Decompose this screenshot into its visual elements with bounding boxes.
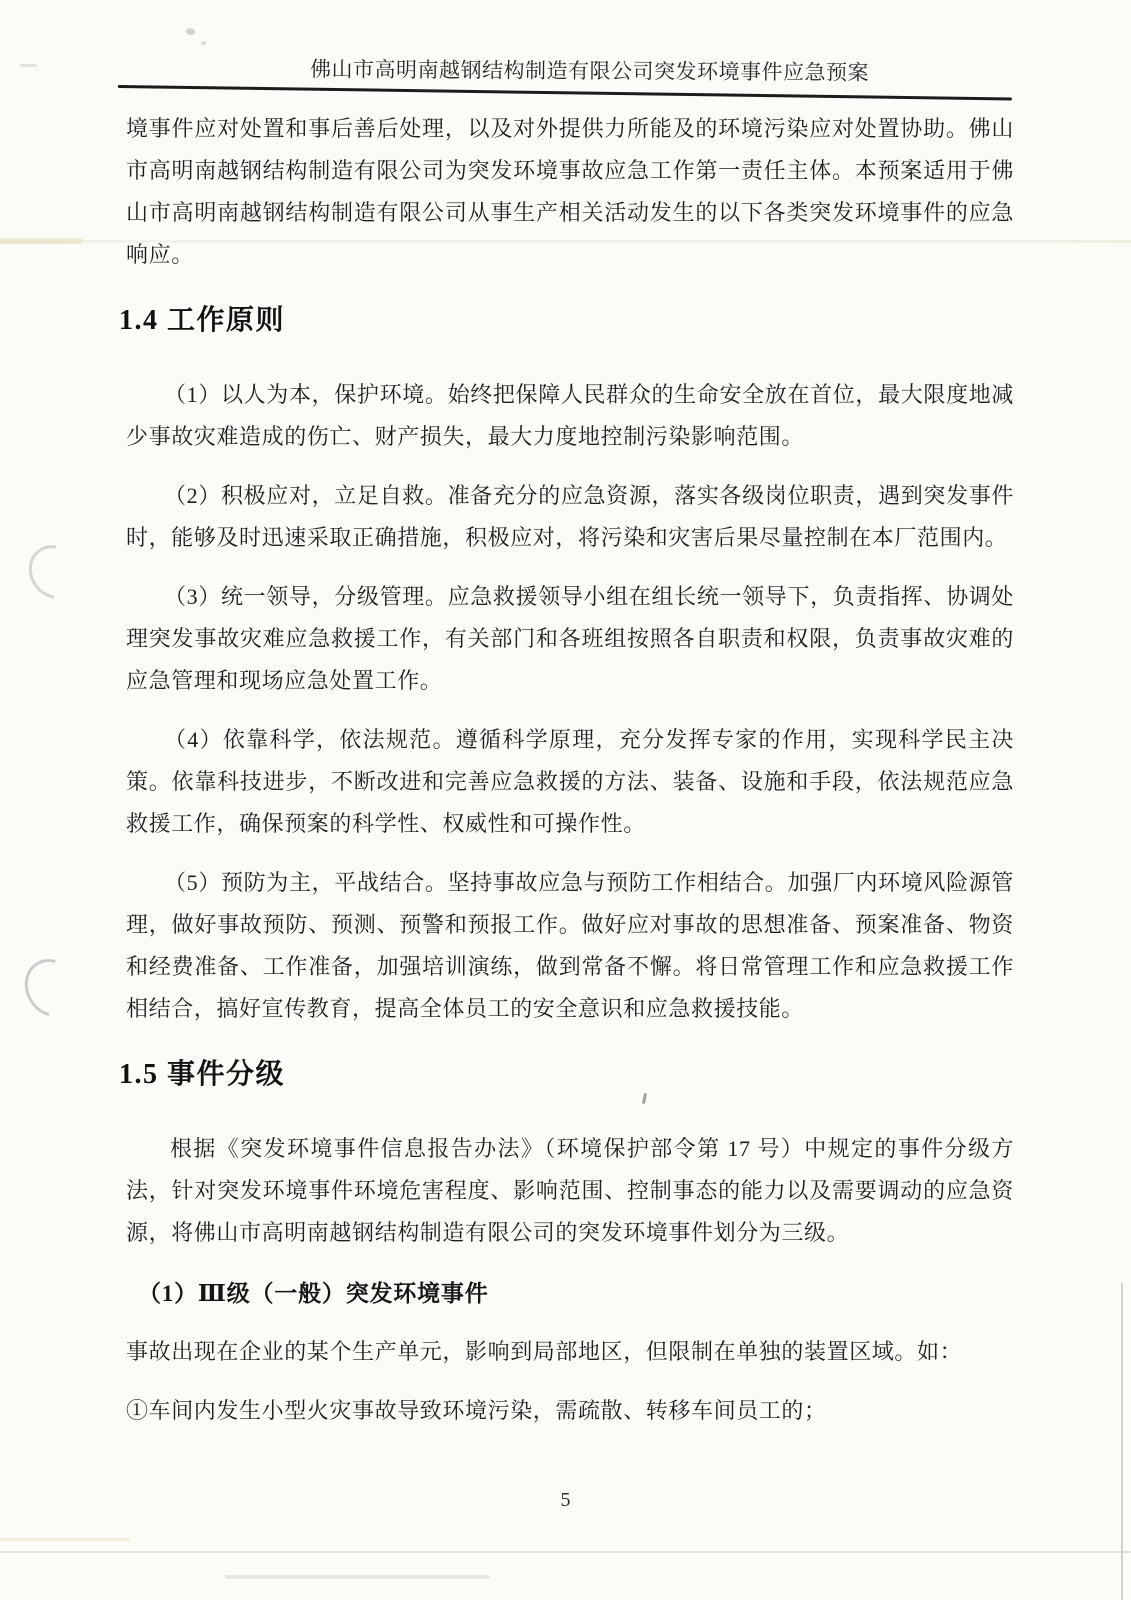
scan-line-artifact [0, 1538, 130, 1541]
paragraph-intro-continuation: 境事件应对处置和事后善后处理，以及对外提供力所能及的环境污染应对处置协助。佛山市… [126, 108, 1014, 276]
paragraph-level-3-description: 事故出现在企业的某个生产单元，影响到局部地区，但限制在单独的装置区域。如： [126, 1331, 1014, 1373]
principle-paragraph-5: （5）预防为主，平战结合。坚持事故应急与预防工作相结合。加强厂内环境风险源管理，… [126, 862, 1014, 1030]
principle-paragraph-2: （2）积极应对，立足自救。准备充分的应急资源，落实各级岗位职责，遇到突发事件时，… [126, 475, 1014, 559]
principle-paragraph-3: （3）统一领导，分级管理。应急救援领导小组在组长统一领导下，负责指挥、协调处理突… [126, 576, 1014, 702]
header-rule [118, 85, 1012, 100]
scan-line-artifact [0, 238, 82, 244]
principle-paragraph-4: （4）依靠科学，依法规范。遵循科学原理，充分发挥专家的作用，实现科学民主决策。依… [126, 719, 1014, 845]
scanned-document-page: 佛山市高明南越钢结构制造有限公司突发环境事件应急预案 境事件应对处置和事后善后处… [0, 0, 1131, 1600]
scan-speck [201, 41, 206, 45]
scan-speck [185, 27, 196, 37]
paragraph-level-3-item-1: ①车间内发生小型火灾事故导致环境污染，需疏散、转移车间员工的； [126, 1390, 1014, 1432]
document-body: 境事件应对处置和事后善后处理，以及对外提供力所能及的环境污染应对处置协助。佛山市… [126, 108, 1014, 1432]
scan-smudge [225, 1575, 490, 1579]
hole-punch-mark [18, 535, 92, 610]
subheading-level-3-event: （1）Ⅲ级（一般）突发环境事件 [126, 1274, 1014, 1314]
section-heading-1-5: 1.5 事件分级 [119, 1055, 1014, 1095]
principle-paragraph-1: （1）以人为本，保护环境。始终把保障人民群众的生命安全放在首位，最大限度地减少事… [126, 374, 1014, 458]
paragraph-classification-intro: 根据《突发环境事件信息报告办法》（环境保护部令第 17 号）中规定的事件分级方法… [126, 1128, 1014, 1254]
hole-punch-mark [14, 949, 90, 1027]
page-header-title: 佛山市高明南越钢结构制造有限公司突发环境事件应急预案 [24, 52, 1131, 89]
scan-line-artifact [0, 1551, 1131, 1553]
page-edge-shadow [1121, 1283, 1123, 1600]
page-number: 5 [0, 1489, 1131, 1512]
section-heading-1-4: 1.4 工作原则 [119, 301, 1014, 341]
